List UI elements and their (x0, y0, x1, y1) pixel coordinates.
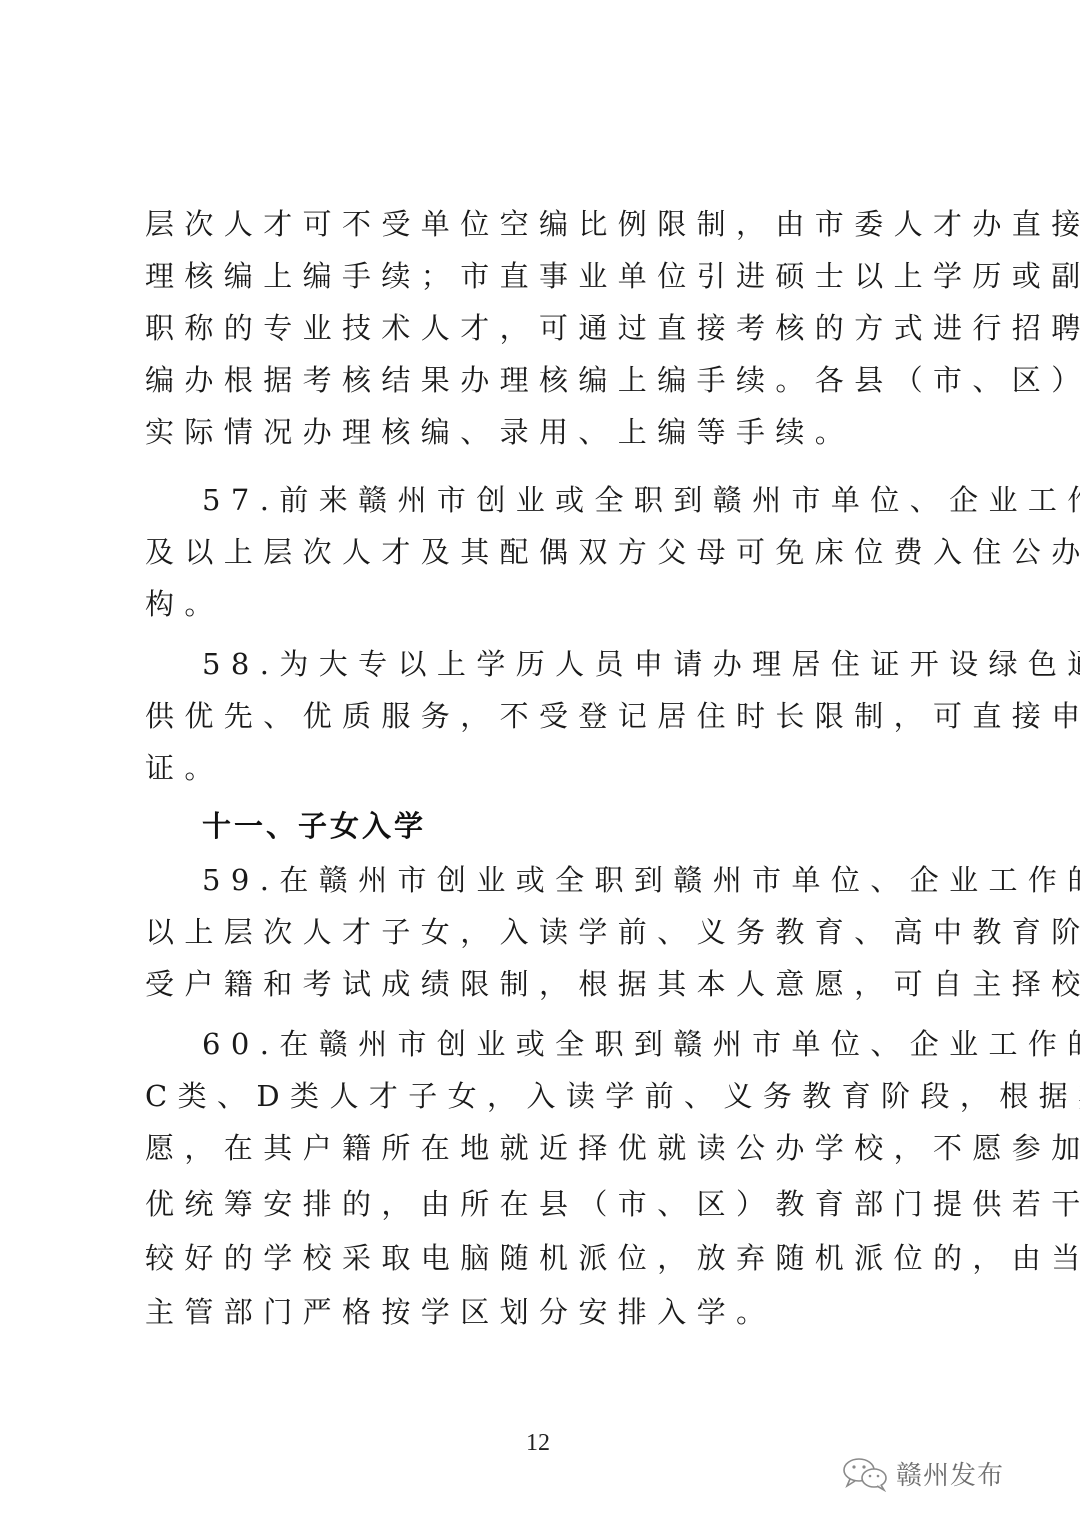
paragraph-60-line-1: 60.在赣州市创业或全职到赣州市单位、企业工作的C+类、 (202, 1026, 1080, 1062)
paragraph-59-line-1: 59.在赣州市创业或全职到赣州市单位、企业工作的B类及 (202, 862, 1080, 898)
paragraph-56-line-3: 职称的专业技术人才，可通过直接考核的方式进行招聘，市委 (145, 310, 1080, 346)
paragraph-56-line-5: 实际情况办理核编、录用、上编等手续。 (145, 414, 854, 450)
page-number: 12 (526, 1430, 550, 1457)
paragraph-59-line-2: 以上层次人才子女，入读学前、义务教育、高中教育阶段，不 (145, 914, 1080, 950)
paragraph-56-line-2: 理核编上编手续；市直事业单位引进硕士以上学历或副高以上 (145, 258, 1080, 294)
watermark-text: 赣州发布 (896, 1455, 1004, 1492)
paragraph-58-line-1: 58.为大专以上学历人员申请办理居住证开设绿色通道，提 (202, 646, 1080, 682)
section-heading: 十一、子女入学 (202, 808, 426, 844)
paragraph-56-line-1: 层次人才可不受单位空编比例限制，由市委人才办直接抄告办 (145, 206, 1080, 242)
paragraph-57-line-2: 及以上层次人才及其配偶双方父母可免床位费入住公办养老机 (145, 534, 1080, 570)
wechat-icon (842, 1456, 890, 1492)
paragraph-60-line-4: 优统筹安排的，由所在县（市、区）教育部门提供若干所质量 (145, 1186, 1080, 1222)
paragraph-57-line-3: 构。 (145, 586, 224, 622)
watermark: 赣州发布 (842, 1455, 1004, 1492)
paragraph-60-line-5: 较好的学校采取电脑随机派位，放弃随机派位的，由当地教育 (145, 1240, 1080, 1276)
paragraph-56-line-4: 编办根据考核结果办理核编上编手续。各县（市、区）可根据 (145, 362, 1080, 398)
paragraph-58-line-2: 供优先、优质服务，不受登记居住时长限制，可直接申领居住 (145, 698, 1080, 734)
paragraph-60-line-6: 主管部门严格按学区划分安排入学。 (145, 1294, 775, 1330)
paragraph-57-line-1: 57.前来赣州市创业或全职到赣州市单位、企业工作的D类 (202, 482, 1080, 518)
paragraph-60-line-3: 愿，在其户籍所在地就近择优就读公办学校，不愿参加就近择 (145, 1130, 1080, 1166)
paragraph-59-line-3: 受户籍和考试成绩限制，根据其本人意愿，可自主择校。 (145, 966, 1080, 1002)
paragraph-60-line-2: C类、D类人才子女，入读学前、义务教育阶段，根据其本人意 (145, 1078, 1080, 1114)
paragraph-58-line-3: 证。 (145, 750, 224, 786)
document-page: 层次人才可不受单位空编比例限制，由市委人才办直接抄告办 理核编上编手续；市直事业… (0, 0, 1080, 1527)
